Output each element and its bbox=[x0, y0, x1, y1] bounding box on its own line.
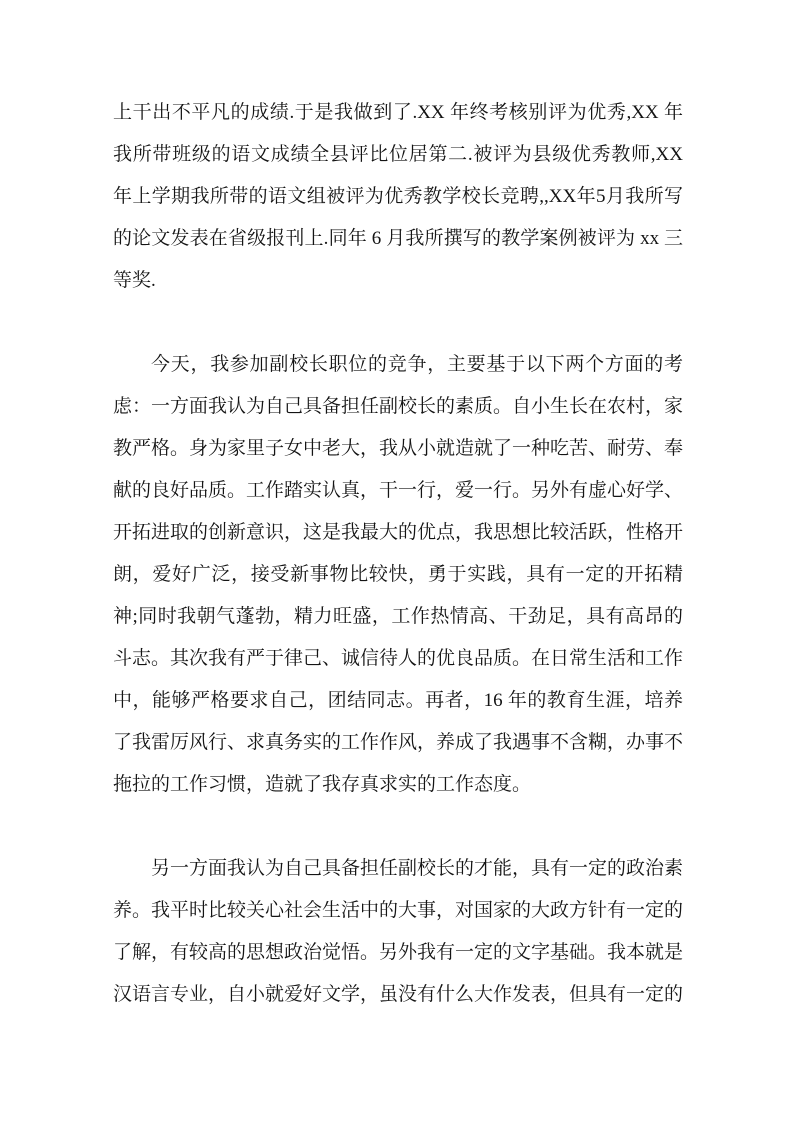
paragraph-achievements: 上干出不平凡的成绩.于是我做到了.XX 年终考核别评为优秀,XX 年我所带班级的… bbox=[113, 92, 683, 302]
paragraph-qualities: 今天，我参加副校长职位的竞争，主要基于以下两个方面的考虑：一方面我认为自己具备担… bbox=[113, 344, 683, 806]
document-content: 上干出不平凡的成绩.于是我做到了.XX 年终考核别评为优秀,XX 年我所带班级的… bbox=[0, 0, 793, 1016]
paragraph-abilities: 另一方面我认为自己具备担任副校长的才能，具有一定的政治素养。我平时比较关心社会生… bbox=[113, 848, 683, 1016]
document-page: 上干出不平凡的成绩.于是我做到了.XX 年终考核别评为优秀,XX 年我所带班级的… bbox=[0, 0, 793, 1122]
